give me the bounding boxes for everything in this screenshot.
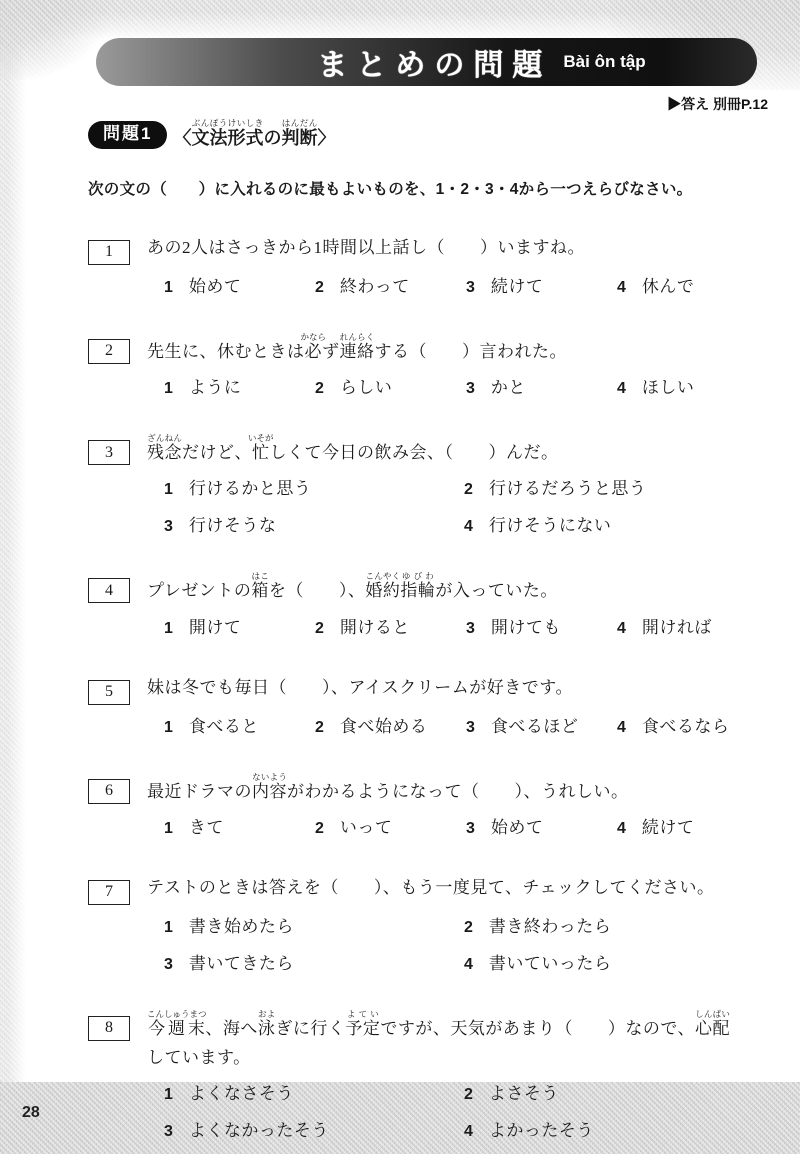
option-label: 始めて [491,815,544,841]
option-3: 3続けて [466,274,617,300]
options: 1きて2いって3始めて4続けて [164,815,770,852]
option-number: 2 [315,377,324,401]
question-header: 7テストのときは答えを（ ）、もう一度見て、チェックしてください。 [88,873,770,905]
option-number: 1 [164,716,173,740]
option-2: 2食べ始める [315,714,466,740]
option-label: きて [189,815,224,841]
section-badge: 問題1 [88,121,167,148]
option-3: 3始めて [466,815,617,841]
question-header: 2先生に、休むときは必かならず連絡れんらくする（ ）言われた。 [88,332,770,366]
option-number: 4 [464,515,473,539]
option-label: 書いてきたら [189,951,294,977]
option-1: 1書き始めたら [164,914,464,940]
option-label: 始めて [189,274,242,300]
option-number: 3 [466,276,475,300]
option-2: 2開けると [315,615,466,641]
option-1: 1きて [164,815,315,841]
question-text: あの2人はさっきから1時間以上話し（ ）いますね。 [147,233,585,262]
option-1: 1よくなさそう [164,1081,464,1107]
option-label: ように [189,375,242,401]
question-block-1: 1あの2人はさっきから1時間以上話し（ ）いますね。1始めて2終わって3続けて4… [88,233,770,311]
question-list: 1あの2人はさっきから1時間以上話し（ ）いますね。1始めて2終わって3続けて4… [88,233,770,1154]
options: 1食べると2食べ始める3食べるほど4食べるなら [164,714,770,751]
option-4: 4続けて [617,815,694,841]
option-number: 3 [164,1120,173,1144]
option-number: 3 [164,515,173,539]
option-number: 2 [315,276,324,300]
section-header: 問題1 〈文法形式ぶんぽうけいしきの判断はんだん〉 [88,118,770,149]
option-label: 行けそうにない [489,513,612,539]
question-header: 6最近ドラマの内容ないようがわかるようになって（ ）、うれしい。 [88,772,770,806]
option-3: 3かと [466,375,617,401]
option-number: 1 [164,617,173,641]
option-number: 4 [617,617,626,641]
option-label: 書いていったら [489,951,612,977]
question-number-box: 4 [88,578,130,603]
option-2: 2終わって [315,274,466,300]
option-label: かと [491,375,526,401]
option-number: 4 [464,1120,473,1144]
option-number: 3 [466,617,475,641]
question-text: 妹は冬でも毎日（ ）、アイスクリームが好きです。 [147,673,573,702]
option-4: 4休んで [617,274,694,300]
option-number: 4 [464,953,473,977]
option-4: 4よかったそう [464,1118,770,1144]
options: 1開けて2開けると3開けても4開ければ [164,615,770,652]
option-1: 1始めて [164,274,315,300]
section-title: 〈文法形式ぶんぽうけいしきの判断はんだん〉 [173,118,335,149]
option-label: 行けるかと思う [189,476,312,502]
question-block-2: 2先生に、休むときは必かならず連絡れんらくする（ ）言われた。1ように2らしい3… [88,332,770,412]
option-number: 1 [164,916,173,940]
option-number: 3 [466,716,475,740]
option-2: 2行けるだろうと思う [464,476,770,502]
option-label: 書き終わったら [489,914,611,940]
options: 1始めて2終わって3続けて4休んで [164,274,770,311]
option-number: 1 [164,276,173,300]
option-number: 2 [315,716,324,740]
option-label: 開けると [340,615,410,641]
option-number: 4 [617,817,626,841]
option-label: 書き始めたら [189,914,294,940]
question-block-7: 7テストのときは答えを（ ）、もう一度見て、チェックしてください。1書き始めたら… [88,873,770,988]
question-header: 8今週末こんしゅうまつ、海へ泳およぎに行く予定よていですが、天気があまり（ ）な… [88,1009,770,1072]
option-4: 4行けそうにない [464,513,770,539]
question-header: 4プレゼントの箱はこを（ ）、婚約こんやく指輪ゆびわが入っていた。 [88,571,770,605]
page-subtitle: Bài ôn tập [563,52,645,72]
question-text: 先生に、休むときは必かならず連絡れんらくする（ ）言われた。 [147,332,567,366]
option-number: 1 [164,817,173,841]
options: 1書き始めたら2書き終わったら3書いてきたら4書いていったら [164,914,770,988]
question-header: 3残念ざんねんだけど、忙いそがしくて今日の飲み会、（ ）んだ。 [88,433,770,467]
option-3: 3開けても [466,615,617,641]
question-text: 今週末こんしゅうまつ、海へ泳およぎに行く予定よていですが、天気があまり（ ）なの… [147,1009,747,1072]
option-4: 4開ければ [617,615,712,641]
option-number: 2 [464,916,473,940]
question-number-box: 3 [88,440,130,465]
title-banner: まとめの問題 Bài ôn tập [96,38,757,86]
question-text: プレゼントの箱はこを（ ）、婚約こんやく指輪ゆびわが入っていた。 [147,571,558,605]
option-label: いって [340,815,393,841]
question-block-3: 3残念ざんねんだけど、忙いそがしくて今日の飲み会、（ ）んだ。1行けるかと思う2… [88,433,770,550]
option-2: 2よさそう [464,1081,770,1107]
instruction-text: 次の文の（ ）に入れるのに最もよいものを、1・2・3・4から一つえらびなさい。 [88,177,770,199]
question-number-box: 6 [88,779,130,804]
option-2: 2らしい [315,375,466,401]
option-3: 3食べるほど [466,714,617,740]
option-4: 4ほしい [617,375,694,401]
question-text: 最近ドラマの内容ないようがわかるようになって（ ）、うれしい。 [147,772,629,806]
question-block-8: 8今週末こんしゅうまつ、海へ泳およぎに行く予定よていですが、天気があまり（ ）な… [88,1009,770,1154]
option-number: 2 [315,817,324,841]
option-3: 3よくなかったそう [164,1118,464,1144]
answer-reference: ▶答え 別冊P.12 [88,94,768,114]
option-number: 3 [466,377,475,401]
option-1: 1食べると [164,714,315,740]
option-3: 3行けそうな [164,513,464,539]
option-number: 1 [164,1083,173,1107]
option-1: 1開けて [164,615,315,641]
option-label: 行けるだろうと思う [489,476,647,502]
option-number: 1 [164,478,173,502]
option-number: 2 [464,478,473,502]
option-label: 終わって [340,274,410,300]
option-number: 1 [164,377,173,401]
question-text: 残念ざんねんだけど、忙いそがしくて今日の飲み会、（ ）んだ。 [147,433,559,467]
options: 1よくなさそう2よさそう3よくなかったそう4よかったそう [164,1081,770,1154]
question-block-4: 4プレゼントの箱はこを（ ）、婚約こんやく指輪ゆびわが入っていた。1開けて2開け… [88,571,770,651]
question-block-5: 5妹は冬でも毎日（ ）、アイスクリームが好きです。1食べると2食べ始める3食べる… [88,673,770,751]
option-2: 2いって [315,815,466,841]
scanned-page: まとめの問題 Bài ôn tập ▶答え 別冊P.12 問題1 〈文法形式ぶん… [0,0,800,1154]
question-number-box: 2 [88,339,130,364]
option-label: 食べ始める [340,714,428,740]
question-number-box: 8 [88,1016,130,1041]
option-1: 1ように [164,375,315,401]
option-label: 続けて [642,815,695,841]
option-label: よかったそう [489,1118,594,1144]
option-4: 4書いていったら [464,951,770,977]
option-label: 休んで [642,274,695,300]
question-header: 5妹は冬でも毎日（ ）、アイスクリームが好きです。 [88,673,770,705]
option-number: 3 [164,953,173,977]
option-label: 食べると [189,714,259,740]
options: 1行けるかと思う2行けるだろうと思う3行けそうな4行けそうにない [164,476,770,550]
option-label: 食べるほど [491,714,579,740]
option-number: 4 [617,276,626,300]
question-header: 1あの2人はさっきから1時間以上話し（ ）いますね。 [88,233,770,265]
question-number-box: 1 [88,240,130,265]
option-4: 4食べるなら [617,714,729,740]
page-title: まとめの問題 [317,40,551,84]
question-number-box: 7 [88,880,130,905]
option-label: 開けて [189,615,242,641]
option-number: 4 [617,377,626,401]
option-number: 2 [315,617,324,641]
option-label: 行けそうな [189,513,277,539]
option-label: 開ければ [642,615,712,641]
option-1: 1行けるかと思う [164,476,464,502]
option-label: らしい [340,375,393,401]
option-label: よさそう [489,1081,559,1107]
option-label: 開けても [491,615,561,641]
option-label: よくなさそう [189,1081,294,1107]
option-label: 食べるなら [642,714,730,740]
question-text: テストのときは答えを（ ）、もう一度見て、チェックしてください。 [147,873,714,902]
option-label: よくなかったそう [189,1118,329,1144]
option-label: 続けて [491,274,544,300]
option-label: ほしい [642,375,695,401]
option-number: 2 [464,1083,473,1107]
option-3: 3書いてきたら [164,951,464,977]
question-number-box: 5 [88,680,130,705]
option-2: 2書き終わったら [464,914,770,940]
option-number: 3 [466,817,475,841]
option-number: 4 [617,716,626,740]
options: 1ように2らしい3かと4ほしい [164,375,770,412]
question-block-6: 6最近ドラマの内容ないようがわかるようになって（ ）、うれしい。1きて2いって3… [88,772,770,852]
